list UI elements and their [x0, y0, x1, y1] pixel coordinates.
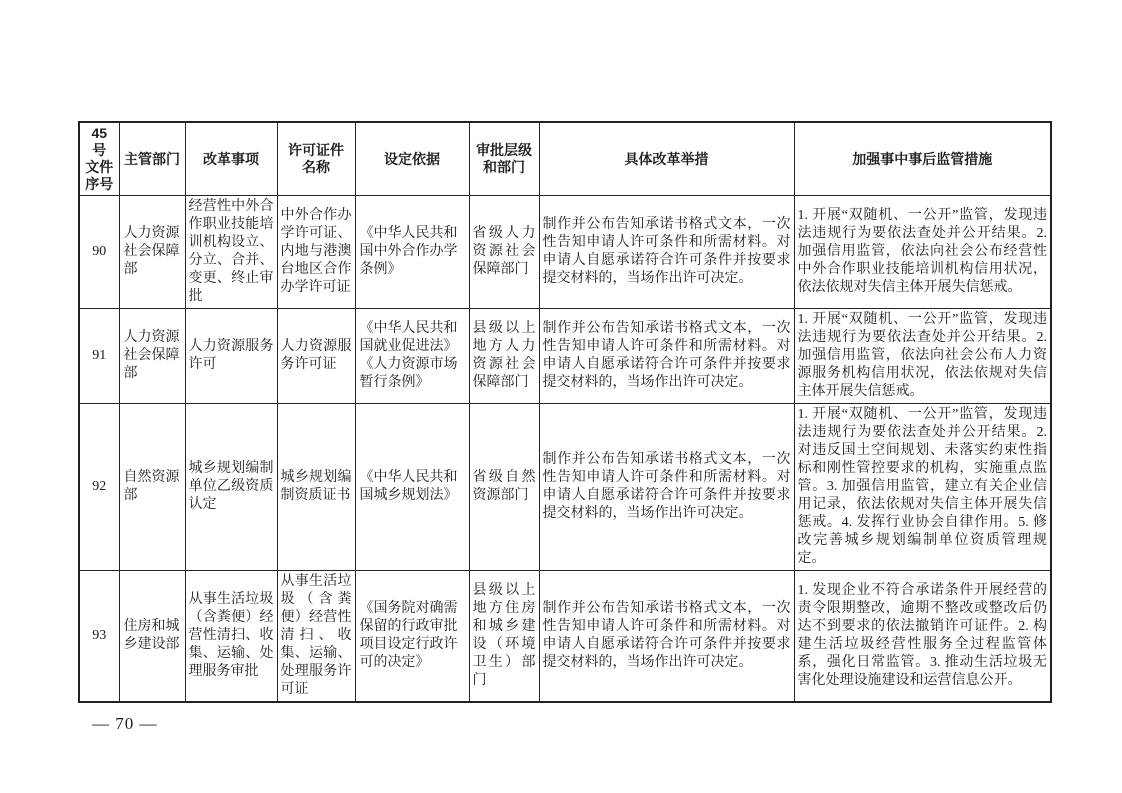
column-header-department: 主管部门 — [119, 122, 185, 196]
cell-department: 人力资源社会保障部 — [119, 196, 185, 309]
cell-approval-dept: 县级以上地方住房和城乡建设（环境卫生）部门 — [469, 571, 539, 703]
cell-reform-item: 城乡规划编制单位乙级资质认定 — [185, 404, 277, 571]
cell-seq: 90 — [79, 196, 119, 309]
cell-approval-dept: 省级人力资源社会保障部门 — [469, 196, 539, 309]
cell-reform-measures: 制作并公布告知承诺书格式文本，一次性告知申请人许可条件和所需材料。对申请人自愿承… — [539, 571, 794, 703]
cell-license-name: 城乡规划编制资质证书 — [277, 404, 355, 571]
cell-supervision-measures: 1. 发现企业不符合承诺条件开展经营的责令限期整改，逾期不整改或整改后仍达不到要… — [794, 571, 1051, 703]
cell-supervision-measures: 1. 开展“双随机、一公开”监管，发现违法违规行为要依法查处并公开结果。2. 加… — [794, 196, 1051, 309]
cell-seq: 93 — [79, 571, 119, 703]
cell-reform-measures: 制作并公布告知承诺书格式文本，一次性告知申请人许可条件和所需材料。对申请人自愿承… — [539, 196, 794, 309]
cell-legal-basis: 《国务院对确需保留的行政审批项目设定行政许可的决定》 — [355, 571, 469, 703]
cell-reform-measures: 制作并公布告知承诺书格式文本，一次性告知申请人许可条件和所需材料。对申请人自愿承… — [539, 309, 794, 404]
cell-supervision-measures: 1. 开展“双随机、一公开”监管，发现违法违规行为要依法查处并公开结果。2. 对… — [794, 404, 1051, 571]
table-row-93: 93 住房和城乡建设部 从事生活垃圾（含粪便）经营性清扫、收集、运输、处理服务审… — [79, 571, 1051, 703]
header-row: 45 号 文件 序号 主管部门 改革事项 许可证件 名称 设定依据 审批层级 和… — [79, 122, 1051, 196]
page-number: — 70 — — [92, 714, 158, 734]
cell-supervision-measures: 1. 开展“双随机、一公开”监管，发现违法违规行为要依法查处并公开结果。2. 加… — [794, 309, 1051, 404]
column-header-reform-measures: 具体改革举措 — [539, 122, 794, 196]
cell-license-name: 人力资源服务许可证 — [277, 309, 355, 404]
cell-reform-measures: 制作并公布告知承诺书格式文本，一次性告知申请人许可条件和所需材料。对申请人自愿承… — [539, 404, 794, 571]
reform-items-table: 45 号 文件 序号 主管部门 改革事项 许可证件 名称 设定依据 审批层级 和… — [78, 121, 1052, 703]
cell-department: 人力资源社会保障部 — [119, 309, 185, 404]
cell-legal-basis: 《中华人民共和国就业促进法》《人力资源市场暂行条例》 — [355, 309, 469, 404]
table-row-92: 92 自然资源部 城乡规划编制单位乙级资质认定 城乡规划编制资质证书 《中华人民… — [79, 404, 1051, 571]
cell-license-name: 从事生活垃圾（含粪便）经营性清扫、收集、运输、处理服务许可证 — [277, 571, 355, 703]
table-row-90: 90 人力资源社会保障部 经营性中外合作职业技能培训机构设立、分立、合并、变更、… — [79, 196, 1051, 309]
cell-reform-item: 人力资源服务许可 — [185, 309, 277, 404]
cell-reform-item: 从事生活垃圾（含粪便）经营性清扫、收集、运输、处理服务审批 — [185, 571, 277, 703]
cell-license-name: 中外合作办学许可证、内地与港澳台地区合作办学许可证 — [277, 196, 355, 309]
cell-approval-dept: 县级以上地方人力资源社会保障部门 — [469, 309, 539, 404]
cell-department: 住房和城乡建设部 — [119, 571, 185, 703]
cell-legal-basis: 《中华人民共和国中外合作办学条例》 — [355, 196, 469, 309]
column-header-supervision-measures: 加强事中事后监管措施 — [794, 122, 1051, 196]
cell-reform-item: 经营性中外合作职业技能培训机构设立、分立、合并、变更、终止审批 — [185, 196, 277, 309]
cell-seq: 92 — [79, 404, 119, 571]
column-header-license-name: 许可证件 名称 — [277, 122, 355, 196]
cell-department: 自然资源部 — [119, 404, 185, 571]
table-row-91: 91 人力资源社会保障部 人力资源服务许可 人力资源服务许可证 《中华人民共和国… — [79, 309, 1051, 404]
cell-approval-dept: 省级自然资源部门 — [469, 404, 539, 571]
column-header-seq: 45 号 文件 序号 — [79, 122, 119, 196]
cell-legal-basis: 《中华人民共和国城乡规划法》 — [355, 404, 469, 571]
cell-seq: 91 — [79, 309, 119, 404]
document-page: 45 号 文件 序号 主管部门 改革事项 许可证件 名称 设定依据 审批层级 和… — [0, 0, 1122, 793]
column-header-reform-item: 改革事项 — [185, 122, 277, 196]
column-header-legal-basis: 设定依据 — [355, 122, 469, 196]
column-header-approval-dept: 审批层级 和部门 — [469, 122, 539, 196]
